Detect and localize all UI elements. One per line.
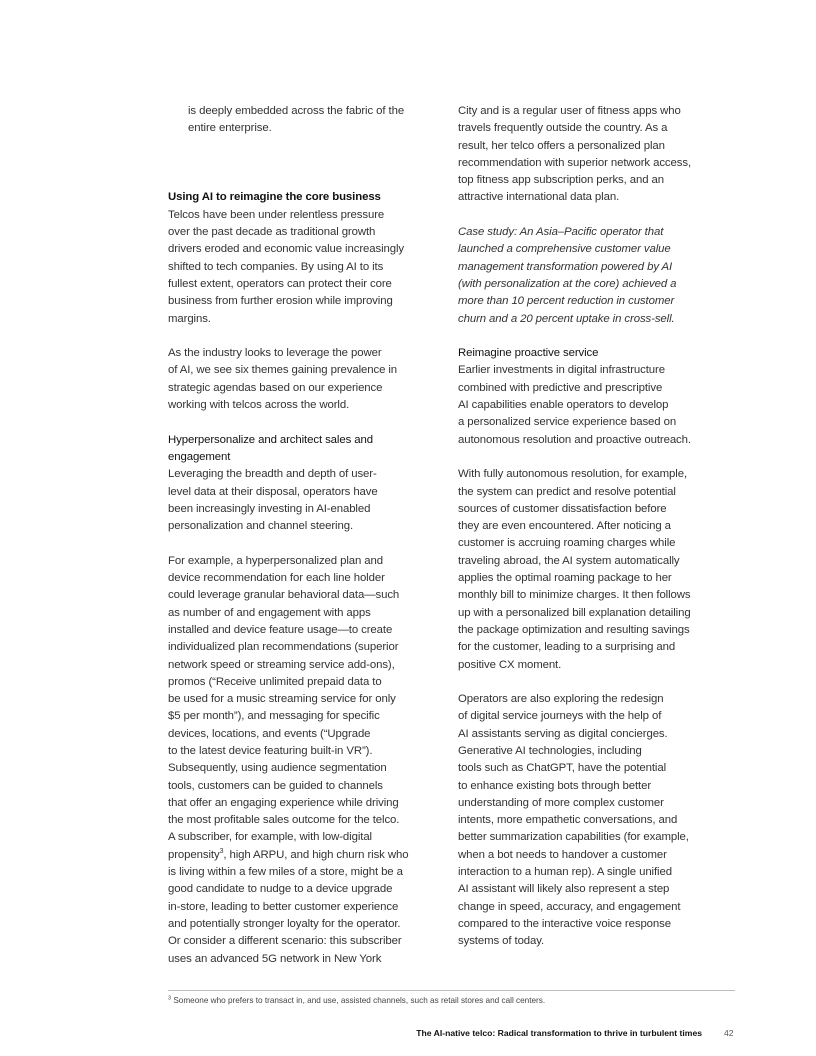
intro-continuation: is deeply embedded across the fabric of … (168, 103, 430, 138)
subheading-hyperpersonalize: Hyperpersonalize and architect sales and… (168, 432, 430, 467)
spacer (168, 155, 430, 190)
body-paragraph: Earlier investments in digital infrastru… (458, 362, 720, 448)
body-paragraph: Operators are also exploring the redesig… (458, 691, 720, 950)
body-paragraph: With fully autonomous resolution, for ex… (458, 466, 720, 674)
body-text: , high ARPU, and high churn risk who is … (168, 849, 408, 965)
footer-title: The AI-native telco: Radical transformat… (416, 1028, 702, 1038)
body-paragraph: For example, a hyperpersonalized plan an… (168, 553, 430, 968)
case-study: Case study: An Asia–Pacific operator tha… (458, 224, 720, 328)
footnote-text: Someone who prefers to transact in, and … (171, 996, 545, 1005)
body-paragraph: City and is a regular user of fitness ap… (458, 103, 720, 207)
section-heading: Using AI to reimagine the core business (168, 189, 430, 206)
section-paragraph: Telcos have been under relentless pressu… (168, 207, 430, 328)
body-text: For example, a hyperpersonalized plan an… (168, 555, 399, 861)
subheading-proactive-service: Reimagine proactive service (458, 345, 720, 362)
left-column: is deeply embedded across the fabric of … (168, 103, 430, 985)
footnote: 3 Someone who prefers to transact in, an… (168, 996, 545, 1005)
body-paragraph: Leveraging the breadth and depth of user… (168, 466, 430, 535)
right-column: City and is a regular user of fitness ap… (458, 103, 720, 968)
section-paragraph: As the industry looks to leverage the po… (168, 345, 430, 414)
page-number: 42 (724, 1028, 734, 1038)
footnote-divider (168, 990, 735, 991)
